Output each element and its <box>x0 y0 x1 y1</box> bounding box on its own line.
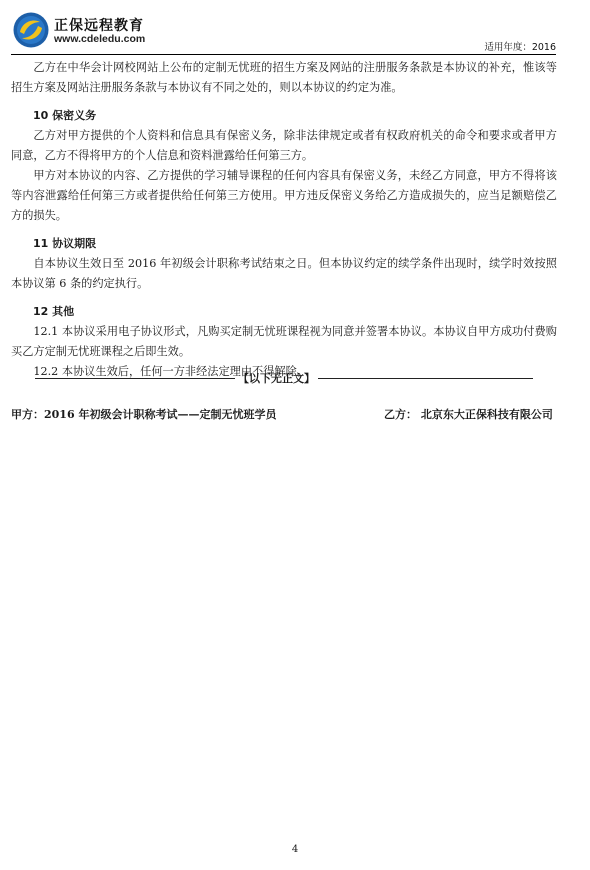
section-heading-term: 11 协议期限 <box>11 234 557 254</box>
paragraph: 自本协议生效日至 2016 年初级会计职称考试结束之日。但本协议约定的续学条件出… <box>11 254 557 294</box>
document-body: 乙方在中华会计网校网站上公布的定制无忧班的招生方案及网站的注册服务条款是本协议的… <box>11 58 557 382</box>
logo-icon <box>13 12 49 48</box>
section-heading-confidentiality: 10 保密义务 <box>11 106 557 126</box>
page-number: 4 <box>0 844 590 855</box>
divider-line <box>318 378 533 379</box>
paragraph: 乙方对甲方提供的个人资料和信息具有保密义务，除非法律规定或者有权政府机关的命令和… <box>11 126 557 166</box>
page-header: 正保远程教育 www.cdeledu.com 适用年度：2016 <box>0 0 590 52</box>
section-heading-other: 12 其他 <box>11 302 557 322</box>
party-b-signature: 乙方： 北京东大正保科技有限公司 <box>384 406 553 422</box>
end-of-text-marker: 【以下无正文】 <box>24 370 544 386</box>
applicable-year: 适用年度：2016 <box>484 39 556 53</box>
brand-name: 正保远程教育 <box>54 15 144 35</box>
party-a-signature: 甲方：2016 年初级会计职称考试——定制无忧班学员 <box>11 406 276 422</box>
intro-paragraph: 乙方在中华会计网校网站上公布的定制无忧班的招生方案及网站的注册服务条款是本协议的… <box>11 58 557 98</box>
end-mark-label: 【以下无正文】 <box>238 370 315 386</box>
paragraph: 甲方对本协议的内容、乙方提供的学习辅导课程的任何内容具有保密义务，未经乙方同意，… <box>11 166 557 226</box>
header-divider <box>11 54 556 55</box>
brand-url: www.cdeledu.com <box>54 33 145 45</box>
paragraph: 12.1 本协议采用电子协议形式，凡购买定制无忧班课程视为同意并签署本协议。本协… <box>11 322 557 362</box>
divider-line <box>35 378 235 379</box>
